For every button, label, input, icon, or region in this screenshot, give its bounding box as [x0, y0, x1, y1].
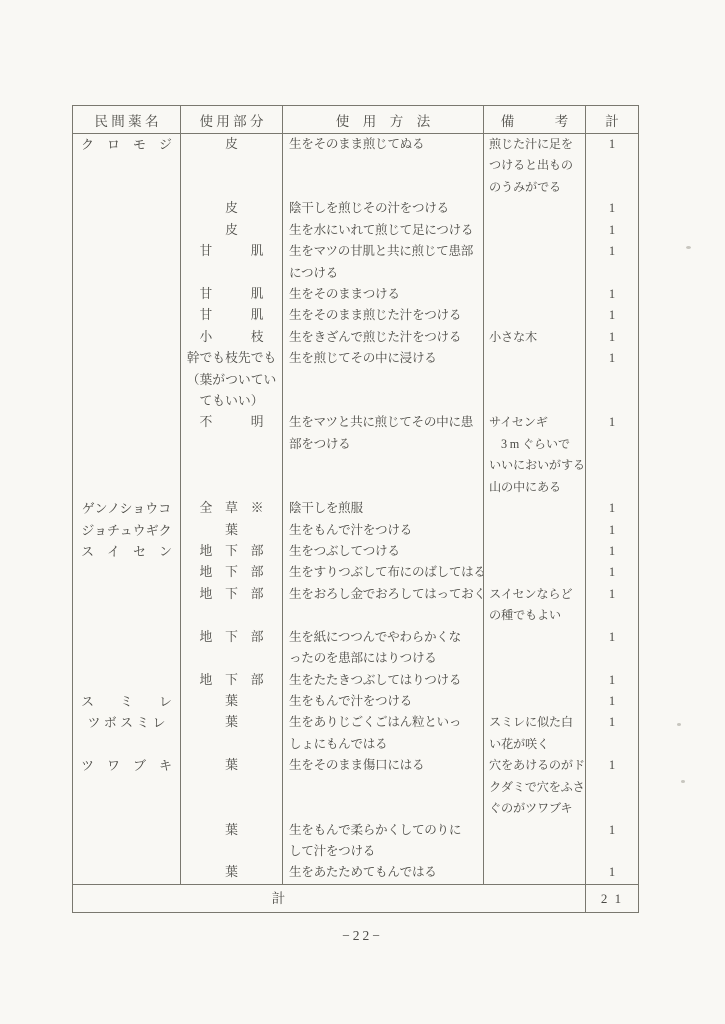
- cell-remark: の種でもよい: [484, 605, 585, 626]
- cell-name: [73, 263, 180, 284]
- cell-count: [586, 734, 638, 755]
- cell-remark: [484, 284, 585, 305]
- cell-name: [73, 370, 180, 391]
- column-count: 111111111111111111111: [586, 134, 638, 884]
- cell-part: 全 草 ※: [181, 498, 282, 519]
- cell-method: につける: [283, 263, 483, 284]
- cell-count: 1: [586, 541, 638, 562]
- cell-part: [181, 605, 282, 626]
- cell-method: [283, 798, 483, 819]
- cell-count: 1: [586, 241, 638, 262]
- cell-part: 小 枝: [181, 327, 282, 348]
- cell-name: [73, 648, 180, 669]
- column-part: 皮皮皮甘 肌甘 肌甘 肌小 枝幹でも枝先でも（葉がついていてもいい）不 明全 草…: [181, 134, 283, 884]
- cell-remark: サイセンギ: [484, 412, 585, 433]
- cell-part: [181, 263, 282, 284]
- cell-method: 生をきざんで煎じた汁をつける: [283, 327, 483, 348]
- cell-method: 部をつける: [283, 434, 483, 455]
- cell-method: ったのを患部にはりつける: [283, 648, 483, 669]
- column-name: ク ロ モ ジゲンノショウコジョチュウギクス イ セ ンス ミ レツ ボ ス ミ…: [73, 134, 181, 884]
- scan-artifact: [686, 246, 691, 249]
- cell-remark: 山の中にある: [484, 477, 585, 498]
- cell-remark: い花が咲く: [484, 734, 585, 755]
- cell-count: 1: [586, 820, 638, 841]
- cell-count: [586, 263, 638, 284]
- cell-part: 葉: [181, 691, 282, 712]
- cell-method: 生を煎じてその中に浸ける: [283, 348, 483, 369]
- cell-part: 不 明: [181, 412, 282, 433]
- cell-count: 1: [586, 712, 638, 733]
- cell-count: 1: [586, 755, 638, 776]
- cell-method: 生をそのまま傷口にはる: [283, 755, 483, 776]
- footer-merged-cell: 計: [73, 885, 586, 912]
- cell-name: [73, 434, 180, 455]
- cell-part: [181, 777, 282, 798]
- cell-remark: [484, 305, 585, 326]
- cell-part: [181, 155, 282, 176]
- cell-method: [283, 477, 483, 498]
- cell-part: [181, 798, 282, 819]
- cell-part: 地 下 部: [181, 627, 282, 648]
- cell-count: 1: [586, 584, 638, 605]
- cell-part: 葉: [181, 755, 282, 776]
- cell-remark: [484, 370, 585, 391]
- cell-name: [73, 220, 180, 241]
- cell-name: [73, 155, 180, 176]
- cell-count: [586, 455, 638, 476]
- cell-method: しょにもんではる: [283, 734, 483, 755]
- cell-method: 生をおろし金でおろしてはっておく: [283, 584, 483, 605]
- cell-remark: [484, 220, 585, 241]
- cell-method: 生をそのままつける: [283, 284, 483, 305]
- cell-remark: スミレに似た白: [484, 712, 585, 733]
- cell-part: 甘 肌: [181, 305, 282, 326]
- cell-remark: スイセンならど: [484, 584, 585, 605]
- cell-method: [283, 370, 483, 391]
- cell-method: 陰干しを煎服: [283, 498, 483, 519]
- cell-name: [73, 798, 180, 819]
- cell-count: 1: [586, 198, 638, 219]
- cell-part: 皮: [181, 134, 282, 155]
- cell-part: 地 下 部: [181, 584, 282, 605]
- cell-method: 生をあたためてもんではる: [283, 862, 483, 883]
- cell-method: 生をたたきつぶしてはりつける: [283, 670, 483, 691]
- cell-name: [73, 605, 180, 626]
- cell-remark: [484, 562, 585, 583]
- cell-part: [181, 455, 282, 476]
- cell-name: [73, 477, 180, 498]
- cell-name: [73, 327, 180, 348]
- cell-remark: [484, 198, 585, 219]
- cell-count: [586, 605, 638, 626]
- cell-method: [283, 177, 483, 198]
- cell-count: [586, 841, 638, 862]
- cell-remark: 穴をあけるのがド: [484, 755, 585, 776]
- cell-name: ス ミ レ: [73, 691, 180, 712]
- cell-count: 1: [586, 348, 638, 369]
- cell-remark: [484, 841, 585, 862]
- cell-count: [586, 155, 638, 176]
- cell-method: 生をそのまま煎じてぬる: [283, 134, 483, 155]
- cell-remark: [484, 498, 585, 519]
- cell-count: 1: [586, 498, 638, 519]
- column-header-part: 使 用 部 分: [181, 106, 283, 133]
- cell-part: 地 下 部: [181, 541, 282, 562]
- cell-remark: ぐのがツワブキ: [484, 798, 585, 819]
- footer-total-label: 計: [73, 885, 484, 913]
- cell-remark: のうみがでる: [484, 177, 585, 198]
- cell-method: [283, 391, 483, 412]
- cell-method: 生をそのまま煎じた汁をつける: [283, 305, 483, 326]
- cell-remark: [484, 627, 585, 648]
- cell-remark: [484, 648, 585, 669]
- cell-name: ク ロ モ ジ: [73, 134, 180, 155]
- cell-remark: [484, 670, 585, 691]
- cell-remark: [484, 391, 585, 412]
- column-header-count: 計: [586, 106, 638, 133]
- cell-method: [283, 455, 483, 476]
- table-body: ク ロ モ ジゲンノショウコジョチュウギクス イ セ ンス ミ レツ ボ ス ミ…: [73, 134, 638, 884]
- footer-total-value: 2 1: [586, 885, 638, 912]
- cell-remark: [484, 862, 585, 883]
- cell-method: [283, 777, 483, 798]
- cell-name: [73, 284, 180, 305]
- cell-count: [586, 434, 638, 455]
- cell-part: 甘 肌: [181, 241, 282, 262]
- cell-count: [586, 648, 638, 669]
- table-footer-row: 計 2 1: [73, 884, 638, 912]
- cell-method: 生をありじごくごはん粒といっ: [283, 712, 483, 733]
- cell-count: [586, 391, 638, 412]
- cell-name: ス イ セ ン: [73, 541, 180, 562]
- cell-name: ツ ボ ス ミ レ: [73, 712, 180, 733]
- cell-remark: いいにおいがする: [484, 455, 585, 476]
- cell-method: 生をすりつぶして布にのばしてはる: [283, 562, 483, 583]
- cell-part: [181, 477, 282, 498]
- cell-count: 1: [586, 327, 638, 348]
- cell-remark: [484, 263, 585, 284]
- cell-name: [73, 820, 180, 841]
- cell-name: [73, 305, 180, 326]
- cell-name: [73, 412, 180, 433]
- cell-remark: 3 m ぐらいで: [484, 434, 585, 455]
- cell-part: 葉: [181, 820, 282, 841]
- cell-name: [73, 627, 180, 648]
- cell-remark: 小さな木: [484, 327, 585, 348]
- cell-name: [73, 455, 180, 476]
- cell-method: して汁をつける: [283, 841, 483, 862]
- cell-part: [181, 177, 282, 198]
- cell-name: [73, 841, 180, 862]
- cell-count: 1: [586, 412, 638, 433]
- cell-part: 皮: [181, 220, 282, 241]
- scan-artifact: [677, 723, 681, 726]
- cell-part: [181, 841, 282, 862]
- cell-name: [73, 177, 180, 198]
- cell-count: 1: [586, 520, 638, 541]
- cell-method: 生をもんで汁をつける: [283, 691, 483, 712]
- cell-method: 生を水にいれて煎じて足につける: [283, 220, 483, 241]
- cell-name: [73, 348, 180, 369]
- cell-part: 甘 肌: [181, 284, 282, 305]
- cell-name: [73, 391, 180, 412]
- cell-part: （葉がついてい: [181, 370, 282, 391]
- cell-count: 1: [586, 562, 638, 583]
- cell-remark: [484, 691, 585, 712]
- cell-name: [73, 734, 180, 755]
- scanned-page: 民 間 薬 名 使 用 部 分 使 用 方 法 備 考 計 ク ロ モ ジゲンノ…: [0, 0, 725, 1024]
- column-header-method: 使 用 方 法: [283, 106, 484, 133]
- cell-name: [73, 198, 180, 219]
- cell-count: 1: [586, 305, 638, 326]
- cell-count: 1: [586, 220, 638, 241]
- cell-count: [586, 370, 638, 391]
- cell-name: [73, 584, 180, 605]
- cell-name: [73, 241, 180, 262]
- cell-part: 葉: [181, 712, 282, 733]
- cell-part: 地 下 部: [181, 562, 282, 583]
- cell-part: [181, 648, 282, 669]
- cell-remark: [484, 820, 585, 841]
- cell-remark: クダミで穴をふさ: [484, 777, 585, 798]
- cell-count: 1: [586, 134, 638, 155]
- cell-name: ゲンノショウコ: [73, 498, 180, 519]
- cell-method: 陰干しを煎じその汁をつける: [283, 198, 483, 219]
- cell-name: ツ ワ ブ キ: [73, 755, 180, 776]
- cell-method: 生をマツの甘肌と共に煎じて患部: [283, 241, 483, 262]
- cell-method: 生を紙につつんでやわらかくな: [283, 627, 483, 648]
- cell-method: 生をマツと共に煎じてその中に患: [283, 412, 483, 433]
- cell-name: ジョチュウギク: [73, 520, 180, 541]
- cell-count: 1: [586, 670, 638, 691]
- cell-part: 幹でも枝先でも: [181, 348, 282, 369]
- cell-part: [181, 734, 282, 755]
- cell-count: [586, 177, 638, 198]
- cell-name: [73, 777, 180, 798]
- column-method: 生をそのまま煎じてぬる陰干しを煎じその汁をつける生を水にいれて煎じて足につける生…: [283, 134, 484, 884]
- page-number: −22−: [0, 928, 725, 944]
- cell-method: 生をもんで柔らかくしてのりに: [283, 820, 483, 841]
- cell-name: [73, 670, 180, 691]
- cell-remark: つけると出もの: [484, 155, 585, 176]
- cell-part: 皮: [181, 198, 282, 219]
- cell-method: 生をつぶしてつける: [283, 541, 483, 562]
- cell-remark: [484, 241, 585, 262]
- cell-method: [283, 605, 483, 626]
- cell-method: [283, 155, 483, 176]
- cell-count: 1: [586, 862, 638, 883]
- table-header-row: 民 間 薬 名 使 用 部 分 使 用 方 法 備 考 計: [73, 106, 638, 134]
- cell-remark: [484, 520, 585, 541]
- cell-part: 地 下 部: [181, 670, 282, 691]
- cell-method: 生をもんで汁をつける: [283, 520, 483, 541]
- cell-count: [586, 477, 638, 498]
- cell-count: 1: [586, 627, 638, 648]
- cell-count: 1: [586, 284, 638, 305]
- cell-remark: [484, 541, 585, 562]
- cell-name: [73, 862, 180, 883]
- column-header-remark: 備 考: [484, 106, 586, 133]
- cell-remark: 煎じた汁に足を: [484, 134, 585, 155]
- scan-artifact: [681, 780, 685, 783]
- cell-part: 葉: [181, 862, 282, 883]
- cell-remark: [484, 348, 585, 369]
- cell-count: [586, 798, 638, 819]
- column-header-name: 民 間 薬 名: [73, 106, 181, 133]
- cell-part: [181, 434, 282, 455]
- cell-part: 葉: [181, 520, 282, 541]
- cell-part: てもいい）: [181, 391, 282, 412]
- cell-name: [73, 562, 180, 583]
- folk-medicine-table: 民 間 薬 名 使 用 部 分 使 用 方 法 備 考 計 ク ロ モ ジゲンノ…: [72, 105, 639, 913]
- cell-count: 1: [586, 691, 638, 712]
- cell-count: [586, 777, 638, 798]
- column-remark: 煎じた汁に足をつけると出もののうみがでる小さな木サイセンギ 3 m ぐらいでいい…: [484, 134, 586, 884]
